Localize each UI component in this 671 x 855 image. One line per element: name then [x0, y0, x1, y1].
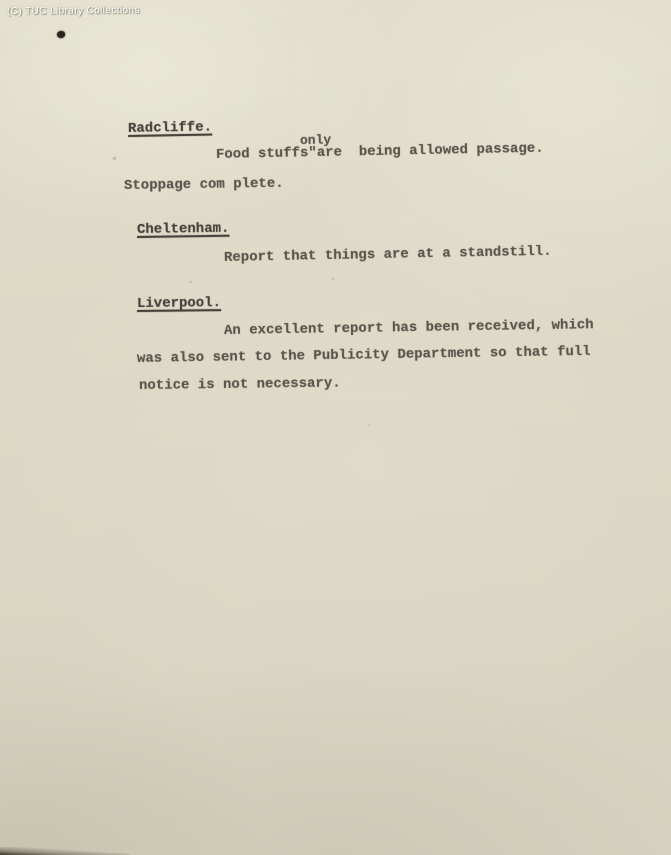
section-heading-radcliffe: Radcliffe.	[128, 120, 212, 137]
paragraph-line: Stoppage com plete.	[124, 176, 284, 194]
paragraph-line: An excellent report has been received, w…	[224, 317, 594, 339]
section-heading-liverpool: Liverpool.	[137, 295, 221, 312]
paragraph-line: Report that things are at a standstill.	[224, 244, 552, 266]
paper-speck	[190, 281, 192, 283]
scanned-document-page: (C) TUC Library Collections Radcliffe. o…	[0, 0, 671, 855]
library-watermark: (C) TUC Library Collections	[7, 5, 140, 17]
paragraph-line: Food stuffs"are being allowed passage.	[216, 141, 544, 163]
paper-speck	[113, 157, 116, 160]
paragraph-line: was also sent to the Publicity Departmen…	[137, 344, 591, 367]
paper-speck	[332, 278, 334, 280]
paragraph-line: notice is not necessary.	[139, 376, 341, 394]
paper-speck	[368, 424, 370, 426]
section-heading-cheltenham: Cheltenham.	[137, 221, 230, 238]
scan-corner-shadow	[0, 847, 130, 855]
ink-blot-mark	[57, 31, 65, 38]
